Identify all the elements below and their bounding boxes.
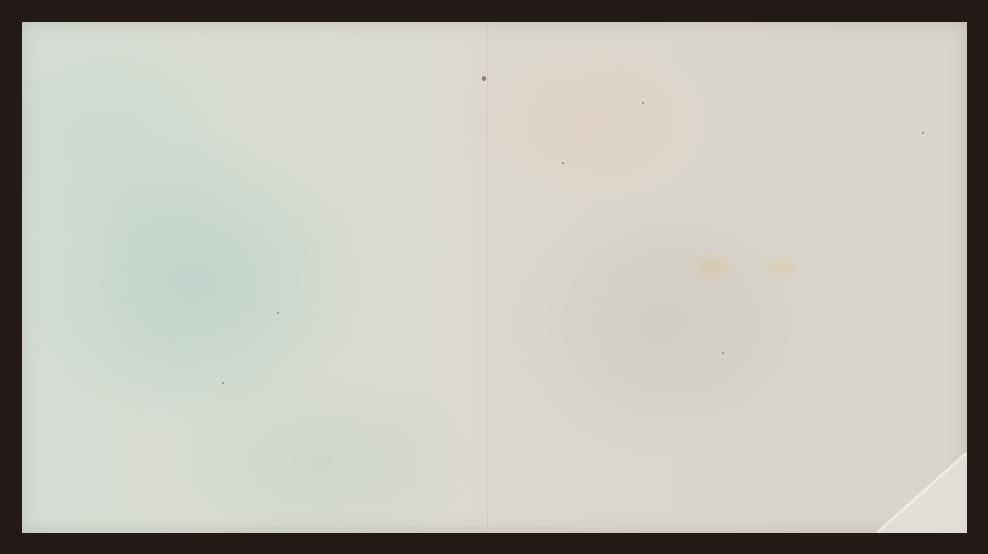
speck xyxy=(562,162,564,164)
folded-corner xyxy=(877,453,967,533)
speck xyxy=(922,132,924,134)
banknote-reverse xyxy=(22,22,967,533)
pin-hole xyxy=(482,76,486,81)
vertical-fold-line xyxy=(487,22,489,533)
speck xyxy=(722,352,724,354)
speck xyxy=(642,102,644,104)
speck xyxy=(222,382,224,384)
speck xyxy=(277,312,279,314)
